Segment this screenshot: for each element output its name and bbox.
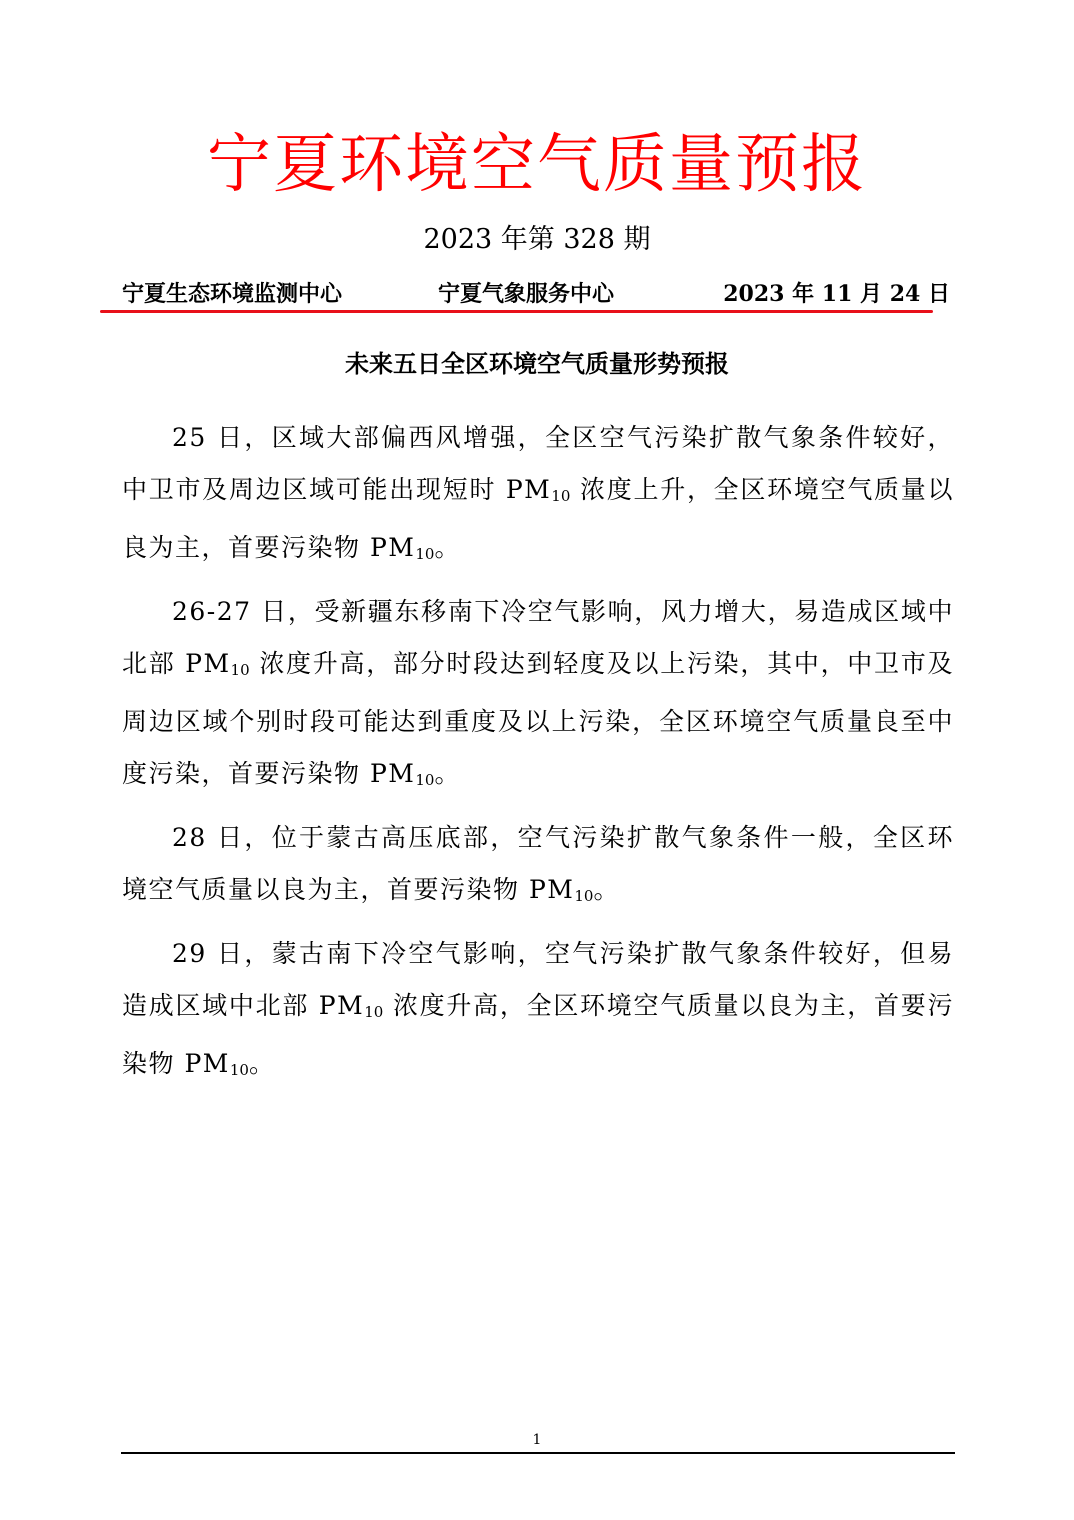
red-divider [100, 310, 933, 313]
page-number: 1 [0, 1432, 1074, 1448]
paragraph-day26-27: 26-27 日，受新疆东移南下冷空气影响，风力增大，易造成区域中北部 PM10 … [122, 586, 954, 806]
masthead-title: 宁夏环境空气质量预报 [0, 125, 1074, 205]
issuer-monitoring-center: 宁夏生态环境监测中心 [122, 276, 342, 312]
forecast-body: 25 日，区域大部偏西风增强，全区空气污染扩散气象条件较好，中卫市及周边区域可能… [122, 412, 954, 1102]
paragraph-day28: 28 日，位于蒙古高压底部，空气污染扩散气象条件一般，全区环境空气质量以良为主，… [122, 812, 954, 922]
issue-date: 2023 年 11 月 24 日 [723, 276, 950, 312]
paragraph-day29: 29 日，蒙古南下冷空气影响，空气污染扩散气象条件较好，但易造成区域中北部 PM… [122, 928, 954, 1096]
document-title: 未来五日全区环境空气质量形势预报 [0, 346, 1074, 382]
issuer-weather-center: 宁夏气象服务中心 [438, 276, 614, 312]
issuer-row: 宁夏生态环境监测中心 宁夏气象服务中心 2023 年 11 月 24 日 [122, 276, 950, 312]
issue-number: 2023 年第 328 期 [0, 220, 1074, 260]
footer-divider [121, 1452, 955, 1454]
paragraph-day25: 25 日，区域大部偏西风增强，全区空气污染扩散气象条件较好，中卫市及周边区域可能… [122, 412, 954, 580]
